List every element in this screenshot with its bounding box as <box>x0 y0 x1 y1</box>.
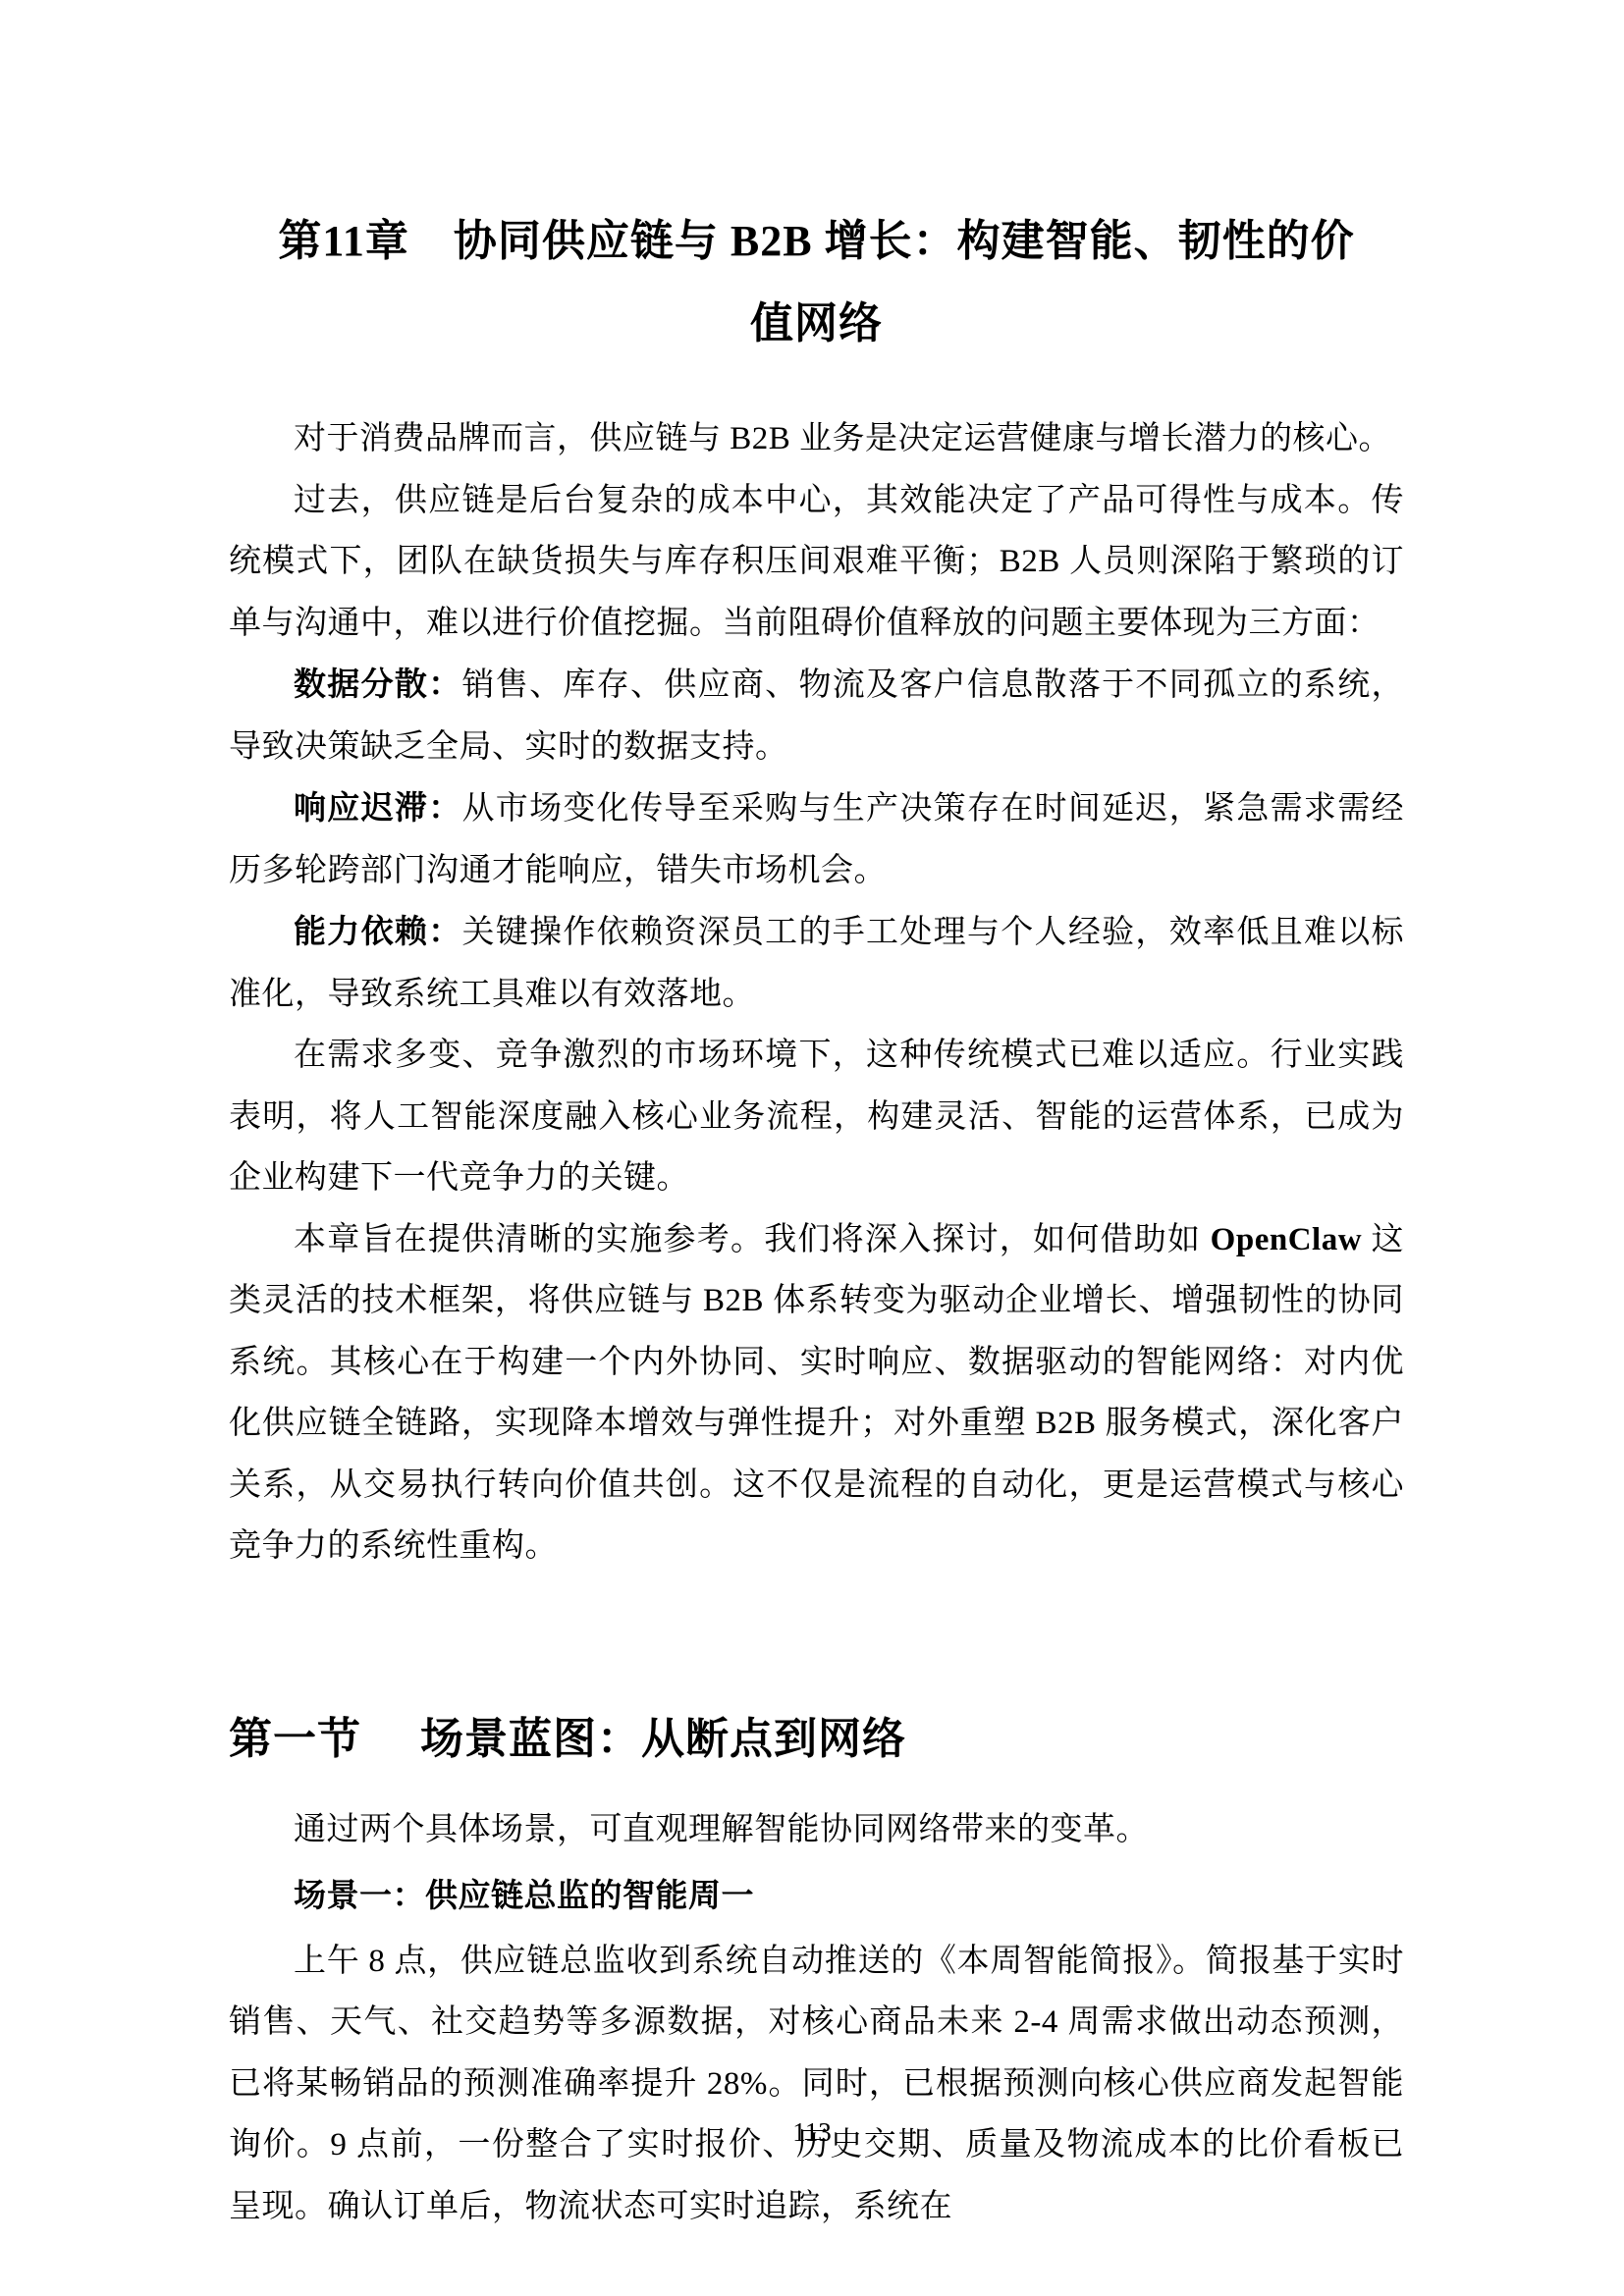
scenario1-paragraph: 上午 8 点，供应链总监收到系统自动推送的《本周智能简报》。简报基于实时销售、天… <box>229 1931 1404 2238</box>
pain-point-data-fragmentation: 数据分散：销售、库存、供应商、物流及客户信息散落于不同孤立的系统，导致决策缺乏全… <box>229 654 1404 777</box>
page-number: 113 <box>0 2115 1624 2149</box>
product-name-openclaw: OpenClaw <box>1211 1222 1362 1257</box>
pain-point-term: 能力依赖： <box>294 913 461 949</box>
paragraph-chapter-goal: 本章旨在提供清晰的实施参考。我们将深入探讨，如何借助如 OpenClaw 这类灵… <box>229 1209 1404 1577</box>
pain-point-slow-response: 响应迟滞：从市场变化传导至采购与生产决策存在时间延迟，紧急需求需经历多轮跨部门沟… <box>229 777 1404 901</box>
pain-point-term: 响应迟滞： <box>294 789 461 826</box>
chapter-goal-text-after: 这类灵活的技术框架，将供应链与 B2B 体系转变为驱动企业增长、增强韧性的协同系… <box>229 1222 1404 1565</box>
document-page: 第11章 协同供应链与 B2B 增长：构建智能、韧性的价 值网络 对于消费品牌而… <box>0 0 1624 2296</box>
chapter-title: 第11章 协同供应链与 B2B 增长：构建智能、韧性的价 值网络 <box>229 200 1404 365</box>
section-heading: 第一节场景蓝图：从断点到网络 <box>229 1699 1404 1780</box>
pain-point-term: 数据分散： <box>294 666 461 702</box>
paragraph-transition: 在需求多变、竞争激烈的市场环境下，这种传统模式已难以适应。行业实践表明，将人工智… <box>229 1025 1404 1209</box>
pain-point-capability-dependence: 能力依赖：关键操作依赖资深员工的手工处理与个人经验，效率低且难以标准化，导致系统… <box>229 901 1404 1025</box>
paragraph-background: 过去，供应链是后台复杂的成本中心，其效能决定了产品可得性与成本。传统模式下，团队… <box>229 470 1404 655</box>
chapter-goal-text-before: 本章旨在提供清晰的实施参考。我们将深入探讨，如何借助如 <box>294 1222 1211 1257</box>
section-title: 场景蓝图：从断点到网络 <box>420 1715 906 1763</box>
section-number: 第一节 <box>229 1715 361 1763</box>
chapter-title-line2: 值网络 <box>229 283 1404 365</box>
paragraph-overview: 对于消费品牌而言，供应链与 B2B 业务是决定运营健康与增长潜力的核心。 <box>229 408 1404 470</box>
chapter-title-line1: 第11章 协同供应链与 B2B 增长：构建智能、韧性的价 <box>229 200 1404 283</box>
scenario1-heading: 场景一：供应链总监的智能周一 <box>229 1865 1404 1927</box>
paragraph-section-intro: 通过两个具体场景，可直观理解智能协同网络带来的变革。 <box>229 1799 1404 1861</box>
